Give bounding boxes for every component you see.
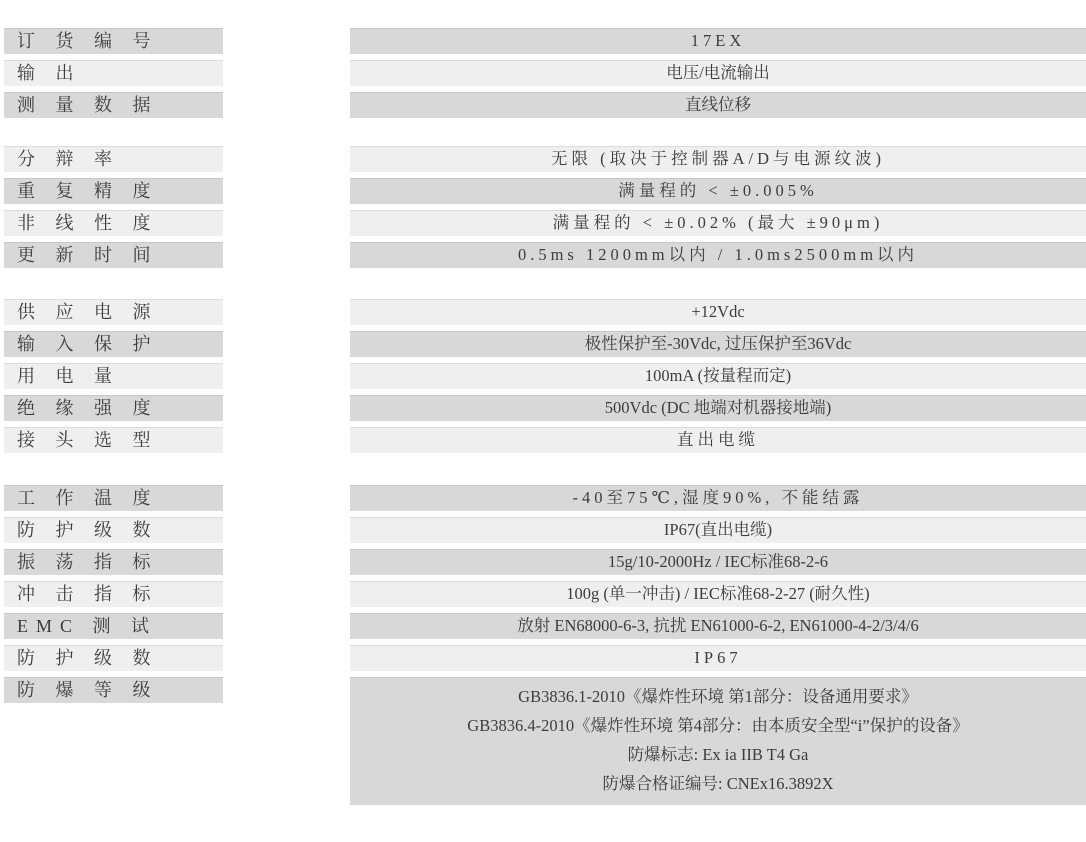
spec-label: EMC 测 试 (4, 613, 223, 639)
spec-label: 工 作 温 度 (4, 485, 223, 511)
spec-value: IP67(直出电缆) (350, 517, 1086, 543)
spec-label: 供 应 电 源 (4, 299, 223, 325)
row-explosion-proof-rating: 防 爆 等 级 GB3836.1-2010《爆炸性环境 第1部分：设备通用要求》… (0, 677, 1086, 805)
row-measurement-data: 测 量 数 据 直线位移 (0, 92, 1086, 118)
spec-value: +12Vdc (350, 299, 1086, 325)
row-power-supply: 供 应 电 源 +12Vdc (0, 299, 1086, 325)
spec-value: 放射 EN68000-6-3, 抗扰 EN61000-6-2, EN61000-… (350, 613, 1086, 639)
row-operating-temperature: 工 作 温 度 -40至75℃,湿度90%, 不能结露 (0, 485, 1086, 511)
row-shock-spec: 冲 击 指 标 100g (单一冲击) / IEC标准68-2-27 (耐久性) (0, 581, 1086, 607)
spec-label: 振 荡 指 标 (4, 549, 223, 575)
explosion-proof-line-1: GB3836.1-2010《爆炸性环境 第1部分：设备通用要求》 (350, 682, 1086, 711)
row-connector-type: 接 头 选 型 直出电缆 (0, 427, 1086, 453)
spec-label: 防 爆 等 级 (4, 677, 223, 703)
row-protection-rating-2: 防 护 级 数 IP67 (0, 645, 1086, 671)
explosion-proof-line-2: GB3836.4-2010《爆炸性环境 第4部分：由本质安全型“i”保护的设备》 (350, 711, 1086, 740)
row-repeatability: 重 复 精 度 满量程的 < ±0.005% (0, 178, 1086, 204)
spec-value: 极性保护至-30Vdc, 过压保护至36Vdc (350, 331, 1086, 357)
spec-value: 直出电缆 (350, 427, 1086, 453)
row-emc-test: EMC 测 试 放射 EN68000-6-3, 抗扰 EN61000-6-2, … (0, 613, 1086, 639)
row-input-protection: 输 入 保 护 极性保护至-30Vdc, 过压保护至36Vdc (0, 331, 1086, 357)
spec-value: 15g/10-2000Hz / IEC标准68-2-6 (350, 549, 1086, 575)
spec-label: 接 头 选 型 (4, 427, 223, 453)
row-order-number: 订 货 编 号 17EX (0, 28, 1086, 54)
spec-value: 100mA (按量程而定) (350, 363, 1086, 389)
row-resolution: 分 辩 率 无限 (取决于控制器A/D与电源纹波) (0, 146, 1086, 172)
spec-value: 500Vdc (DC 地端对机器接地端) (350, 395, 1086, 421)
row-update-time: 更 新 时 间 0.5ms 1200mm以内 / 1.0ms2500mm以内 (0, 242, 1086, 268)
spec-label: 分 辩 率 (4, 146, 223, 172)
row-vibration-spec: 振 荡 指 标 15g/10-2000Hz / IEC标准68-2-6 (0, 549, 1086, 575)
explosion-proof-line-4: 防爆合格证编号: CNEx16.3892X (350, 769, 1086, 798)
row-protection-rating: 防 护 级 数 IP67(直出电缆) (0, 517, 1086, 543)
spec-label: 冲 击 指 标 (4, 581, 223, 607)
section-electrical: 供 应 电 源 +12Vdc 输 入 保 护 极性保护至-30Vdc, 过压保护… (0, 299, 1086, 453)
row-nonlinearity: 非 线 性 度 满量程的 < ±0.02% (最大 ±90μm) (0, 210, 1086, 236)
spec-value: 电压/电流输出 (350, 60, 1086, 86)
spec-value: 无限 (取决于控制器A/D与电源纹波) (350, 146, 1086, 172)
spec-value: 满量程的 < ±0.02% (最大 ±90μm) (350, 210, 1086, 236)
spec-value: -40至75℃,湿度90%, 不能结露 (350, 485, 1086, 511)
spec-label: 防 护 级 数 (4, 517, 223, 543)
spec-value-multiline: GB3836.1-2010《爆炸性环境 第1部分：设备通用要求》 GB3836.… (350, 677, 1086, 805)
row-power-consumption: 用 电 量 100mA (按量程而定) (0, 363, 1086, 389)
section-performance: 分 辩 率 无限 (取决于控制器A/D与电源纹波) 重 复 精 度 满量程的 <… (0, 146, 1086, 268)
spec-value: 直线位移 (350, 92, 1086, 118)
spec-label: 测 量 数 据 (4, 92, 223, 118)
spec-label: 用 电 量 (4, 363, 223, 389)
spec-value: 满量程的 < ±0.005% (350, 178, 1086, 204)
spec-value: 0.5ms 1200mm以内 / 1.0ms2500mm以内 (350, 242, 1086, 268)
spec-label: 非 线 性 度 (4, 210, 223, 236)
explosion-proof-line-3: 防爆标志: Ex ia IIB T4 Ga (350, 740, 1086, 769)
spec-label: 更 新 时 间 (4, 242, 223, 268)
spec-value: IP67 (350, 645, 1086, 671)
section-identification: 订 货 编 号 17EX 输 出 电压/电流输出 测 量 数 据 直线位移 (0, 28, 1086, 118)
spec-label: 防 护 级 数 (4, 645, 223, 671)
spec-label: 订 货 编 号 (4, 28, 223, 54)
spec-value: 100g (单一冲击) / IEC标准68-2-27 (耐久性) (350, 581, 1086, 607)
section-environmental: 工 作 温 度 -40至75℃,湿度90%, 不能结露 防 护 级 数 IP67… (0, 485, 1086, 805)
spec-label: 重 复 精 度 (4, 178, 223, 204)
spec-value: 17EX (350, 28, 1086, 54)
spec-label: 输 入 保 护 (4, 331, 223, 357)
row-insulation-strength: 绝 缘 强 度 500Vdc (DC 地端对机器接地端) (0, 395, 1086, 421)
spec-label: 输 出 (4, 60, 223, 86)
spec-table: 订 货 编 号 17EX 输 出 电压/电流输出 测 量 数 据 直线位移 分 … (0, 0, 1086, 811)
row-output: 输 出 电压/电流输出 (0, 60, 1086, 86)
spec-label: 绝 缘 强 度 (4, 395, 223, 421)
